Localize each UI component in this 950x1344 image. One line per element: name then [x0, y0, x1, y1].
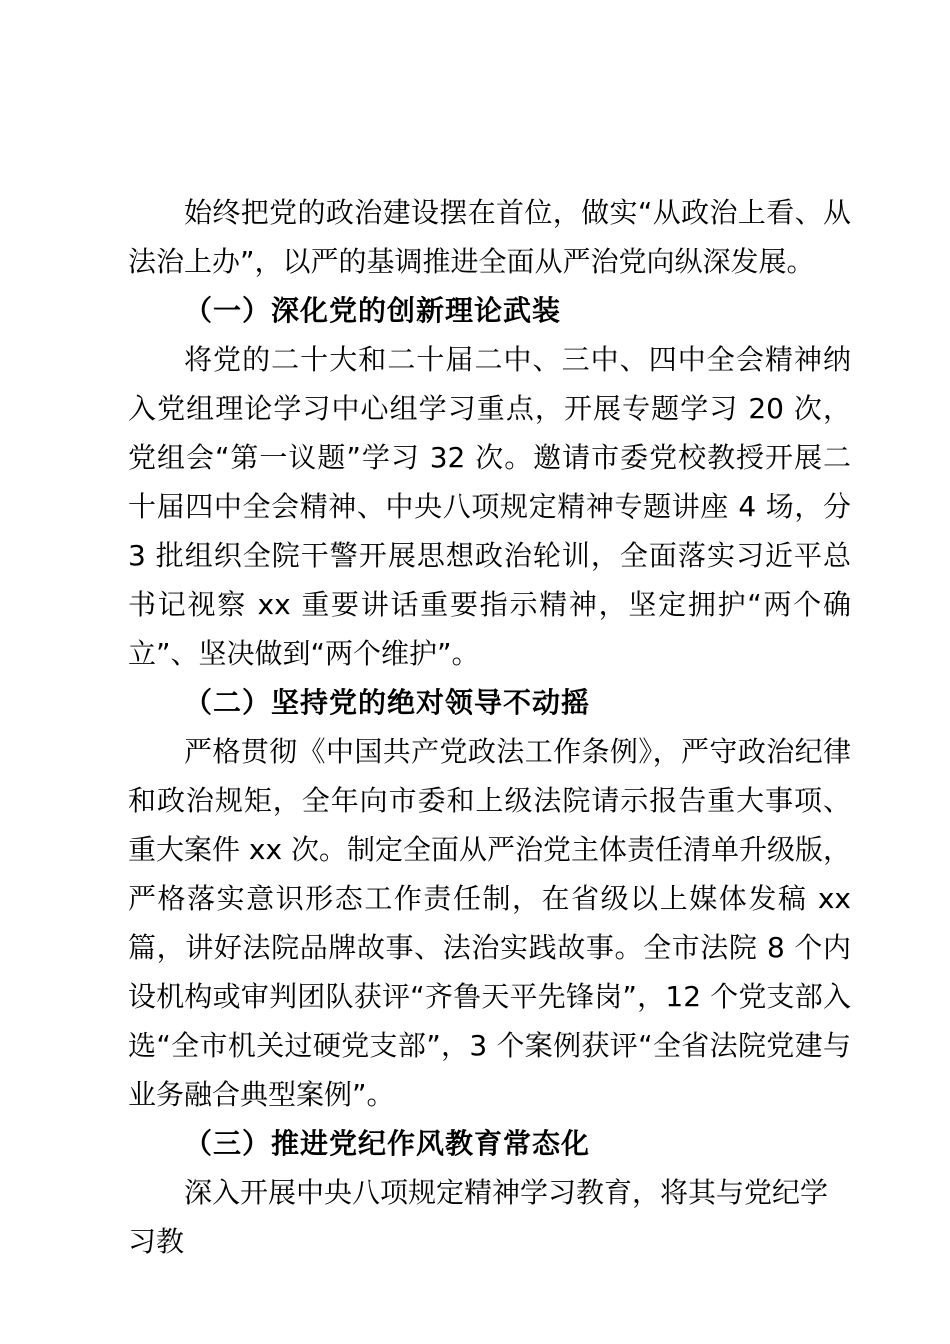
- section-2-paragraph: 严格贯彻《中国共产党政法工作条例》，严守政治纪律和政治规矩，全年向市委和上级法院…: [128, 727, 851, 1119]
- section-1-heading: （一）深化党的创新理论武装: [128, 286, 851, 335]
- section-3-paragraph-truncated: 深入开展中央八项规定精神学习教育，将其与党纪学习教: [128, 1168, 851, 1266]
- document-page: 始终把党的政治建设摆在首位，做实“从政治上看、从法治上办”，以严的基调推进全面从…: [0, 0, 950, 1344]
- intro-paragraph: 始终把党的政治建设摆在首位，做实“从政治上看、从法治上办”，以严的基调推进全面从…: [128, 188, 851, 286]
- section-1-paragraph: 将党的二十大和二十届二中、三中、四中全会精神纳入党组理论学习中心组学习重点，开展…: [128, 335, 851, 678]
- section-2-heading: （二）坚持党的绝对领导不动摇: [128, 678, 851, 727]
- document-body: 始终把党的政治建设摆在首位，做实“从政治上看、从法治上办”，以严的基调推进全面从…: [128, 188, 851, 1266]
- section-3-heading: （三）推进党纪作风教育常态化: [128, 1119, 851, 1168]
